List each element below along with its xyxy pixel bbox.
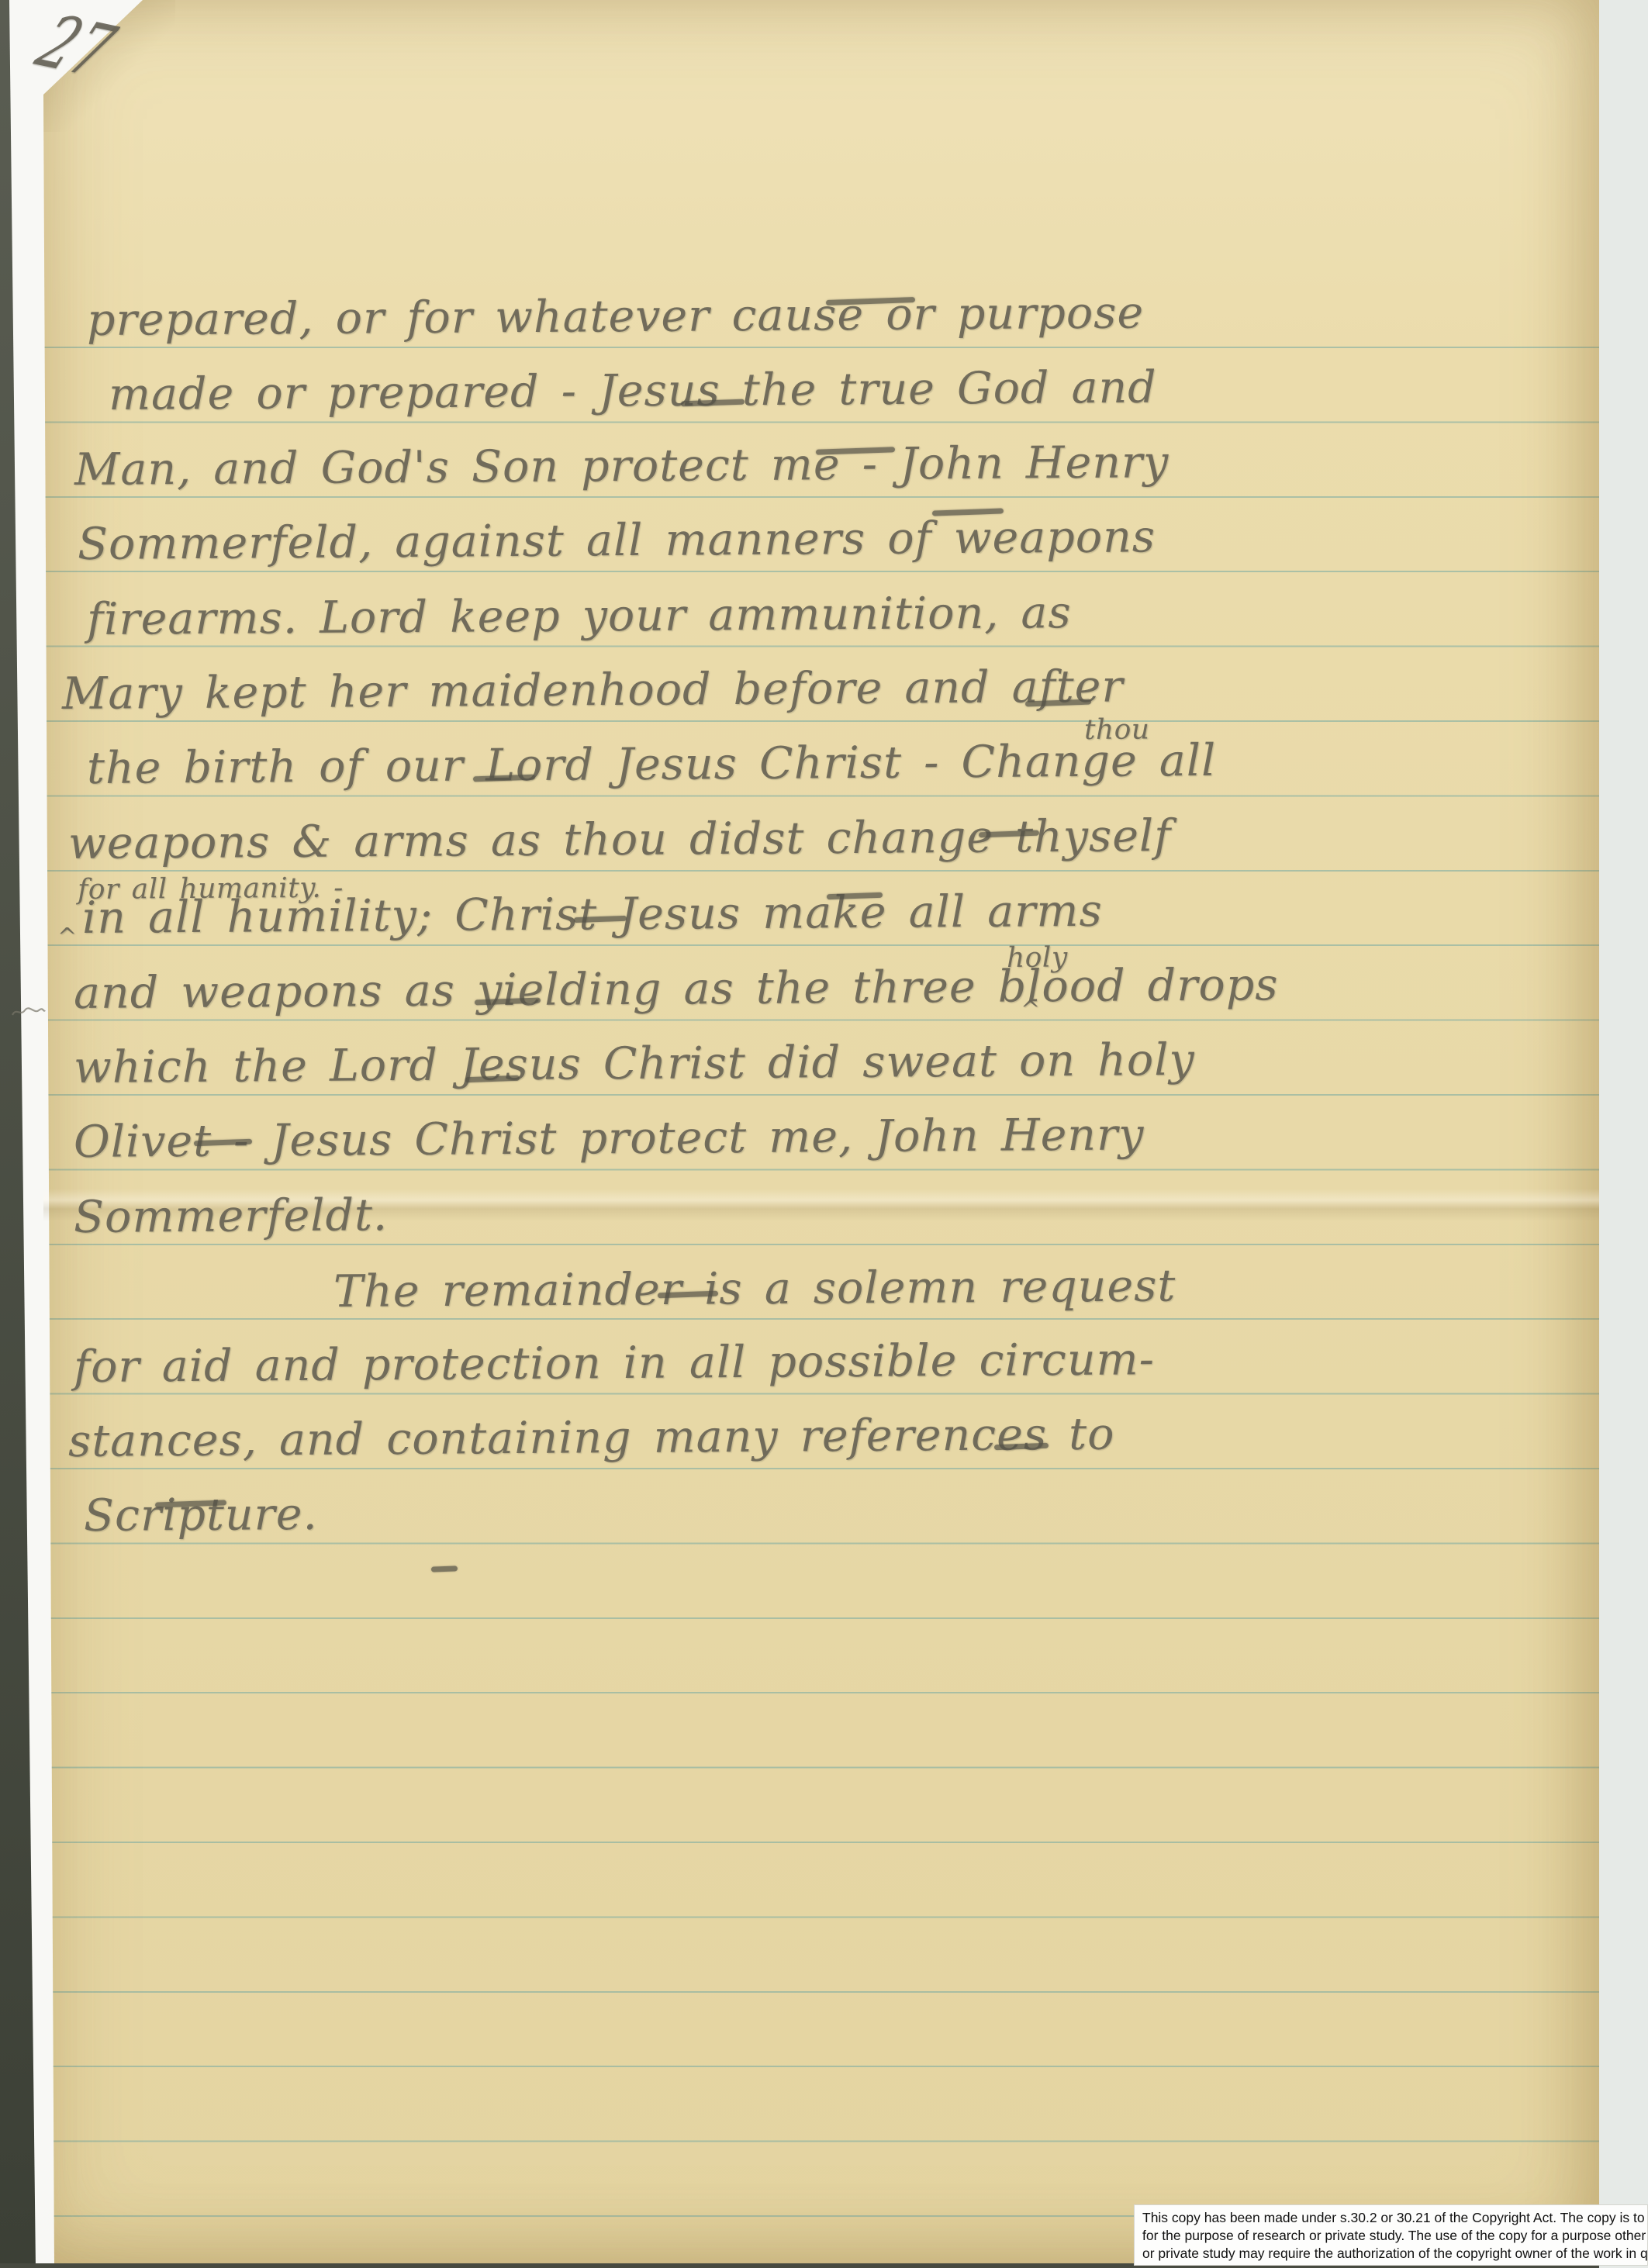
copyright-stamp-line: This copy has been made under s.30.2 or … — [1142, 2209, 1647, 2227]
pencil-dash — [431, 1566, 458, 1572]
handwritten-line: Sommerfeld, against all manners of weapo… — [78, 513, 1156, 568]
handwritten-line: Scripture. — [84, 1490, 318, 1541]
handwritten-line: The remainder is a solemn request — [333, 1262, 1176, 1316]
insertion-caret: ^ — [1021, 997, 1041, 1023]
margin-scribble-mark — [11, 1005, 47, 1020]
handwritten-line: weapons & arms as thou didst change thys… — [68, 812, 1172, 868]
handwritten-line: prepared, or for whatever cause or purpo… — [87, 288, 1145, 344]
handwritten-line: made or prepared - Jesus the true God an… — [109, 364, 1157, 419]
handwritten-line: which the Lord Jesus Christ did sweat on… — [74, 1036, 1195, 1093]
copyright-stamp-line: for the purpose of research or private s… — [1142, 2227, 1647, 2245]
handwritten-line: Man, and God's Son protect me - John Hen… — [74, 438, 1169, 495]
interlinear-insertion-humanity: for all humanity. - — [78, 873, 344, 906]
interlinear-insertion-holy: holy — [1007, 942, 1068, 973]
handwritten-line: for aid and protection in all possible c… — [74, 1335, 1155, 1391]
copyright-stamp-line: or private study may require the authori… — [1142, 2245, 1647, 2263]
handwritten-line: firearms. Lord keep your ammunition, as — [87, 589, 1072, 644]
handwritten-line: the birth of our Lord Jesus Christ - Cha… — [87, 737, 1217, 793]
handwritten-line: stances, and containing many references … — [68, 1410, 1115, 1466]
scanned-manuscript-page: 27 prepared, or for whatever cause or pu… — [0, 0, 1648, 2268]
handwritten-line: and weapons as yielding as the three blo… — [74, 961, 1279, 1018]
handwritten-line: Sommerfeldt. — [74, 1191, 388, 1242]
insertion-caret: ^ — [57, 924, 78, 950]
handwritten-line: Mary kept her maidenhood before and afte… — [62, 662, 1124, 718]
interlinear-insertion-thou: thou — [1084, 714, 1150, 745]
copyright-stamp: This copy has been made under s.30.2 or … — [1134, 2204, 1648, 2266]
